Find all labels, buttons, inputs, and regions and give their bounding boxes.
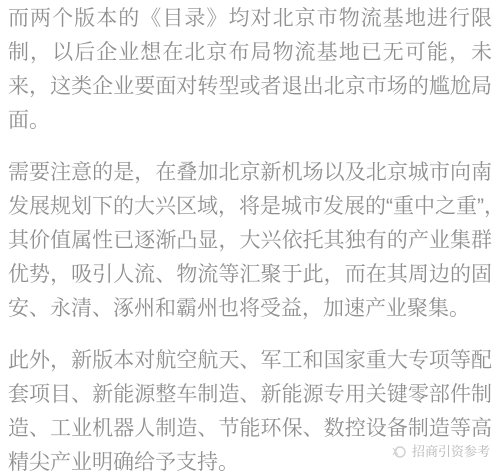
text-line: 套项目、新能源整车制造、新能源专用关键零部件制 [8, 378, 492, 412]
brand-logo-icon [391, 444, 407, 460]
text-line: 此外，新版本对航空航天、军工和国家重大专项等配 [8, 344, 492, 378]
text-line: 优势，吸引人流、物流等汇聚于此，而在其周边的固 [8, 258, 492, 292]
text-line: 来，这类企业要面对转型或者退出北京市场的尴尬局 [8, 70, 492, 104]
watermark: 招商引资参考 [391, 444, 490, 460]
text-line: 造、工业机器人制造、节能环保、数控设备制造等高 [8, 412, 492, 446]
text-line: 其价值属性已逐渐凸显，大兴依托其独有的产业集群 [8, 224, 492, 258]
paragraph-1: 而两个版本的《目录》均对北京市物流基地进行限 制，以后企业想在北京布局物流基地已… [8, 2, 492, 138]
text-line: 需要注意的是，在叠加北京新机场以及北京城市向南 [8, 156, 492, 190]
article-body: 而两个版本的《目录》均对北京市物流基地进行限 制，以后企业想在北京布局物流基地已… [0, 0, 500, 476]
text-line: 发展规划下的大兴区域，将是城市发展的“重中之重”， [8, 190, 492, 224]
text-line: 面。 [8, 104, 492, 138]
text-line: 制，以后企业想在北京布局物流基地已无可能，未 [8, 36, 492, 70]
text-line: 安、永清、涿州和霸州也将受益，加速产业聚集。 [8, 292, 492, 326]
paragraph-2: 需要注意的是，在叠加北京新机场以及北京城市向南 发展规划下的大兴区域，将是城市发… [8, 156, 492, 326]
text-line: 而两个版本的《目录》均对北京市物流基地进行限 [8, 2, 492, 36]
watermark-label: 招商引资参考 [412, 444, 490, 460]
